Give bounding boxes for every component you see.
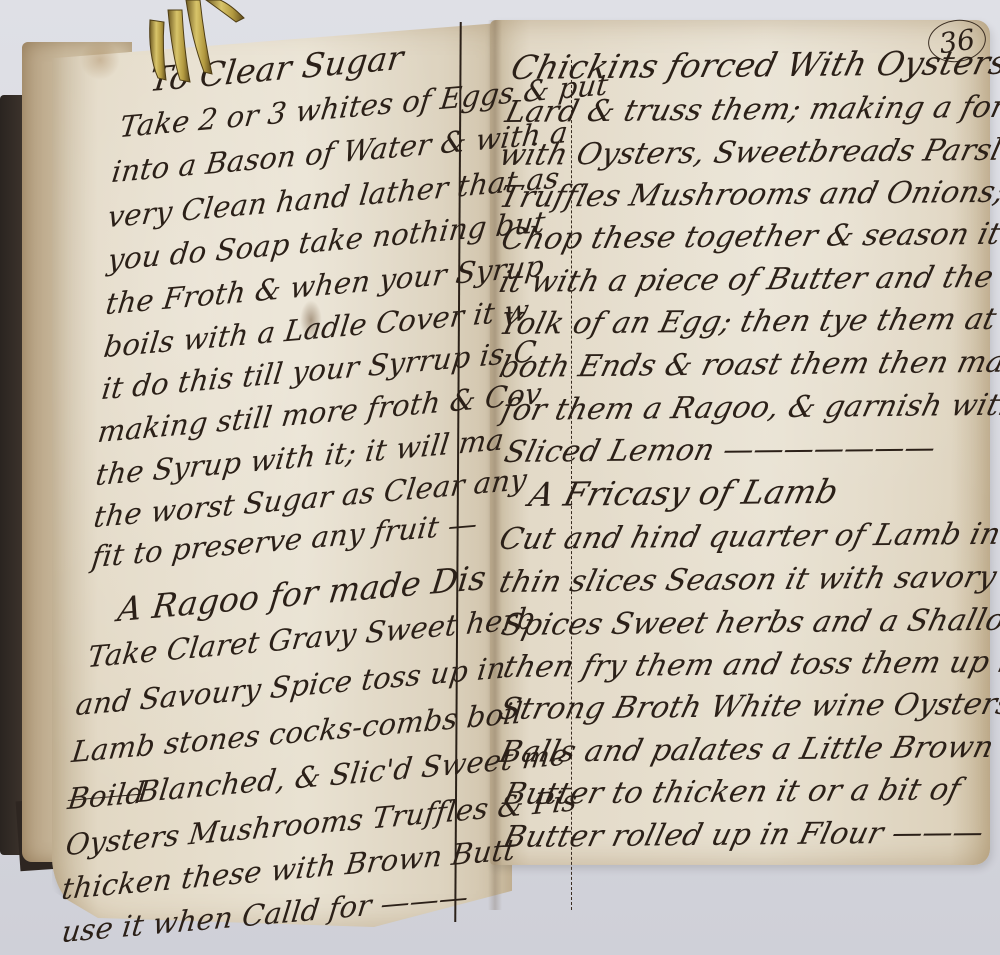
text-line: Yolk of an Egg; then tye them at <box>496 302 1000 342</box>
text-line: with Oysters, Sweetbreads Parsley <box>496 132 1000 173</box>
text-line: Boild <box>66 775 147 816</box>
text-line: then fry them and toss them up in <box>500 644 1000 685</box>
text-line: Balls and palates a Little Brown <box>496 730 997 770</box>
text-line: Cut and hind quarter of Lamb into <box>496 516 1000 557</box>
text-line: Strong Broth White wine Oysters <box>496 687 1000 727</box>
text-line: both Ends & roast them then make <box>496 344 1000 385</box>
text-line: Chop these together & season it mix <box>498 216 1000 257</box>
text-line: Spices Sweet herbs and a Shallot <box>498 603 1000 643</box>
struck-word: Boild <box>66 775 147 816</box>
photo-stage: C i To Clear Sugar Take 2 or 3 whites of… <box>0 0 1000 955</box>
text-line: Lard & truss them; making a forcing <box>502 89 1000 130</box>
brass-hand-clip-icon <box>140 0 250 90</box>
text-line: thin slices Season it with savory <box>496 560 1000 600</box>
recipe-title: A Fricasy of Lamb <box>525 472 842 514</box>
text-line: Truffles Mushrooms and Onions; <box>496 175 1000 215</box>
text-line: it with a piece of Butter and the <box>496 260 997 300</box>
recipe-title: Chickins forced With Oysters <box>507 43 1000 87</box>
text-line: Butter rolled up in Flour ——— <box>500 815 988 855</box>
text-line: Sliced Lemon ——————— <box>501 430 939 470</box>
text-line: for them a Ragoo, & garnish with <box>498 388 1000 429</box>
text-line: Butter to thicken it or a bit of <box>500 772 964 812</box>
